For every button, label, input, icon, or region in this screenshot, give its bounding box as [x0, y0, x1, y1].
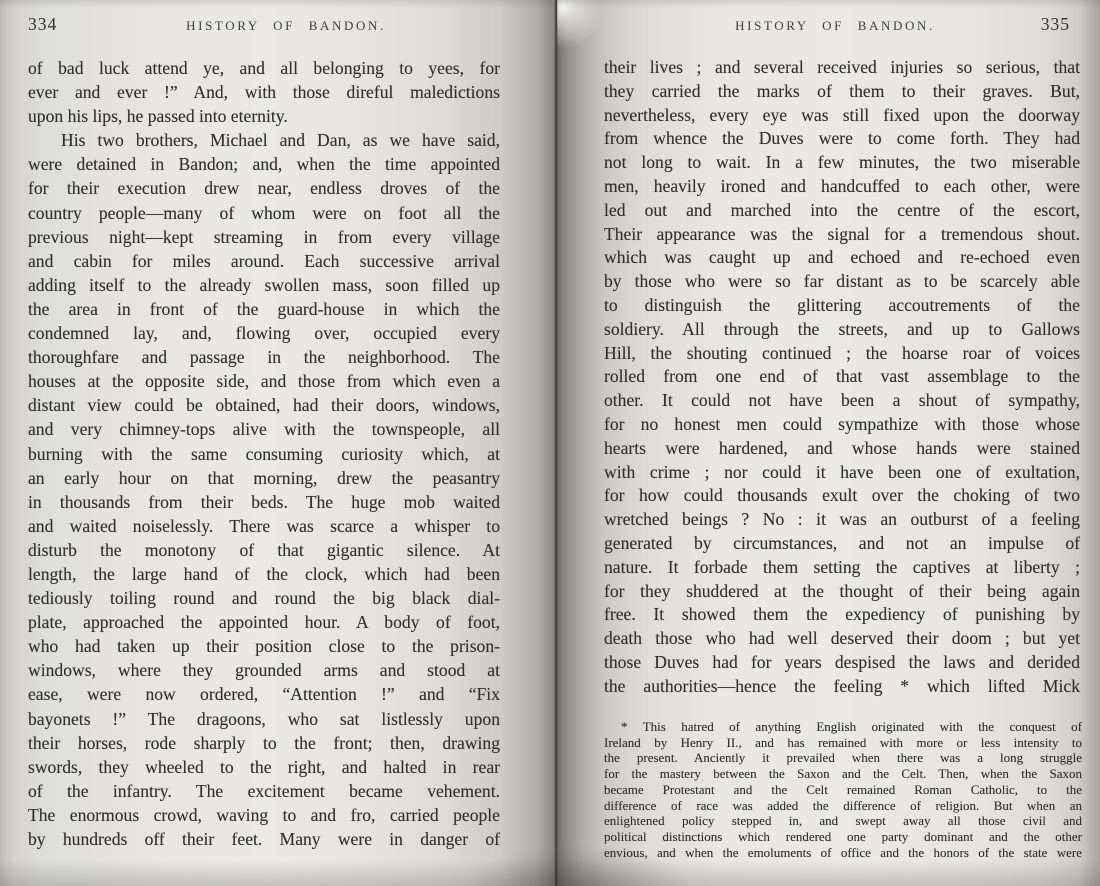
text-line: in thousands from their beds. The huge m… [28, 490, 500, 514]
running-head-right: HISTORY OF BANDON. [667, 18, 1003, 34]
text-line: soldiery. All through the streets, and u… [604, 318, 1080, 342]
page-334: 334 HISTORY OF BANDON. of bad luck atten… [0, 0, 557, 886]
text-line: thoroughfare and passage in the neighbor… [28, 345, 500, 369]
text-line: of the infantry. The excitement became v… [28, 779, 500, 803]
page-number-left: 334 [28, 14, 57, 35]
text-line: envious, and when the emoluments of offi… [604, 845, 1082, 861]
running-head-left: HISTORY OF BANDON. [118, 18, 454, 34]
text-line: men, heavily ironed and handcuffed to ea… [604, 175, 1080, 199]
text-line: burning with the same consuming curiosit… [28, 442, 500, 466]
page-number-right: 335 [1041, 14, 1070, 35]
text-line: and waited noiselessly. There was scarce… [28, 514, 500, 538]
text-line: enlightened policy stepped in, and swept… [604, 813, 1082, 829]
text-line: previous night—kept streaming in from ev… [28, 225, 500, 249]
text-line: were detained in Bandon; and, when the t… [28, 152, 500, 176]
text-line: wretched beings ? No : it was an outburs… [604, 508, 1080, 532]
text-line: the authorities—hence the feeling * whic… [604, 675, 1080, 699]
text-line: for the mastery between the Saxon and th… [604, 766, 1082, 782]
text-line: disturb the monotony of that gigantic si… [28, 538, 500, 562]
text-line: adding itself to the already swollen mas… [28, 273, 500, 297]
text-line: for they shuddered at the thought of the… [604, 580, 1080, 604]
text-line: generated by circumstances, and not an i… [604, 532, 1080, 556]
text-line: to distinguish the glittering accoutreme… [604, 294, 1080, 318]
text-line: houses at the opposite side, and those f… [28, 369, 500, 393]
text-line: length, the large hand of the clock, whi… [28, 562, 500, 586]
text-line: an early hour on that morning, drew the … [28, 466, 500, 490]
text-line: difference of race was added the differe… [604, 798, 1082, 814]
text-line: nevertheless, every eye was still fixed … [604, 104, 1080, 128]
text-line: windows, where they grounded arms and st… [28, 658, 500, 682]
text-line: rolled from one end of that vast assembl… [604, 365, 1080, 389]
paragraph-body: His two brothers, Michael and Dan, as we… [28, 128, 500, 851]
text-line: their lives ; and several received injur… [604, 56, 1080, 80]
text-line: ease, were now ordered, “Attention !” an… [28, 682, 500, 706]
text-line: not long to wait. In a few minutes, the … [604, 151, 1080, 175]
gutter-highlight [557, 0, 617, 70]
text-line: for how could thousands exult over the c… [604, 484, 1080, 508]
text-line: political distinctions which rendered on… [604, 829, 1082, 845]
text-line: with crime ; nor could it have been one … [604, 461, 1080, 485]
paragraph-continuation: of bad luck attend ye, and all belonging… [28, 56, 500, 128]
text-line: free. It showed them the expediency of p… [604, 603, 1080, 627]
text-line: death those who had well deserved their … [604, 627, 1080, 651]
text-line: Hill, the shouting continued ; the hoars… [604, 342, 1080, 366]
text-line: who had taken up their position close to… [28, 634, 500, 658]
text-line: bayonets !” The dragoons, who sat listle… [28, 707, 500, 731]
text-line: His two brothers, Michael and Dan, as we… [28, 128, 500, 152]
text-line: The enormous crowd, waving to and fro, c… [28, 803, 500, 827]
text-line: by those who were so far distant as to b… [604, 270, 1080, 294]
text-line: and cabin for miles around. Each success… [28, 249, 500, 273]
text-line: condemned lay, and, flowing over, occupi… [28, 321, 500, 345]
text-line: by hundreds off their feet. Many were in… [28, 827, 500, 851]
text-line: Their appearance was the signal for a tr… [604, 223, 1080, 247]
right-text-block: their lives ; and several received injur… [604, 56, 1080, 699]
text-line: became Protestant and the Celt remained … [604, 782, 1082, 798]
text-line: tediously toiling round and round the bi… [28, 586, 500, 610]
text-line: which was caught up and echoed and re-ec… [604, 246, 1080, 270]
text-line: hearts were hardened, and whose hands we… [604, 437, 1080, 461]
text-line: led out and marched into the centre of t… [604, 199, 1080, 223]
paragraph-continuation: their lives ; and several received injur… [604, 56, 1080, 699]
text-line: Ireland by Henry II., and has remained w… [604, 735, 1082, 751]
text-line: of bad luck attend ye, and all belonging… [28, 56, 500, 80]
text-line: ever and ever !” And, with those direful… [28, 80, 500, 104]
text-line: country people—many of whom were on foot… [28, 201, 500, 225]
page-335: HISTORY OF BANDON. 335 their lives ; and… [557, 0, 1100, 886]
text-line: plate, approached the appointed hour. A … [28, 610, 500, 634]
book-spread: 334 HISTORY OF BANDON. of bad luck atten… [0, 0, 1100, 886]
text-line: swords, they wheeled to the right, and h… [28, 755, 500, 779]
book-spine-shadow [554, 0, 558, 886]
text-line: distant view could be obtained, had thei… [28, 393, 500, 417]
text-line: upon his lips, he passed into eternity. [28, 104, 500, 128]
text-line: from whence the Duves were to come forth… [604, 127, 1080, 151]
left-text-block: of bad luck attend ye, and all belonging… [28, 56, 500, 851]
text-line: the present. Anciently it prevailed when… [604, 750, 1082, 766]
text-line: for no honest men could sympathize with … [604, 413, 1080, 437]
footnote-block: * This hatred of anything English origin… [604, 719, 1082, 860]
text-line: other. It could not have been a shout of… [604, 389, 1080, 413]
text-line: their horses, rode sharply to the front;… [28, 731, 500, 755]
text-line: and very chimney-tops alive with the tow… [28, 417, 500, 441]
text-line: for their execution drew near, endless d… [28, 176, 500, 200]
text-line: * This hatred of anything English origin… [604, 719, 1082, 735]
text-line: they carried the marks of them to their … [604, 80, 1080, 104]
text-line: the area in front of the guard-house in … [28, 297, 500, 321]
text-line: nature. It forbade them setting the capt… [604, 556, 1080, 580]
text-line: those Duves had for years despised the l… [604, 651, 1080, 675]
